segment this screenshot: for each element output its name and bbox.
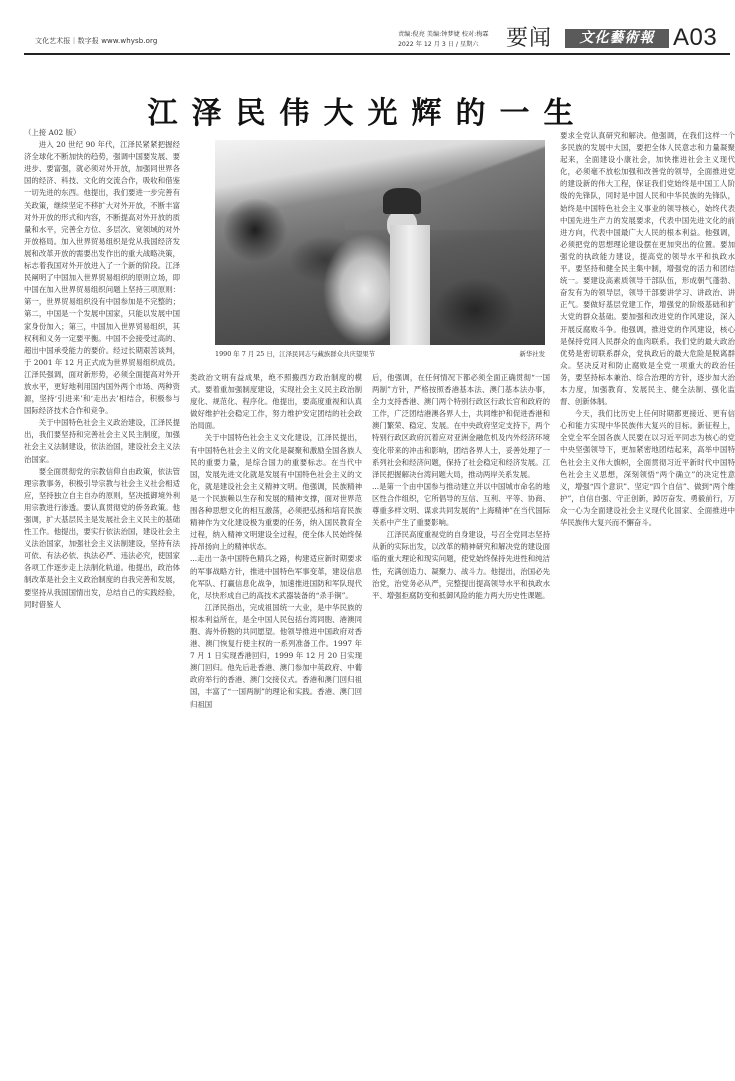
issue-date: 2022 年 12 月 3 日 / 星期六 [398, 40, 489, 50]
publication-name: 文化艺术报｜数字报 www.whysb.org [35, 36, 157, 46]
column-paragraph: 后，他强调，在任何情况下都必须全面正确贯彻“一国两制”方针，严格按照香港基本法、… [372, 372, 550, 481]
column-paragraph: 要全面贯彻党的宗教信仰自由政策，依法管理宗教事务，积极引导宗教与社会主义社会相适… [24, 466, 180, 611]
photo-caption: 1990 年 7 月 25 日，江泽民同志与藏族群众共庆望果节 [215, 349, 375, 358]
photo-subject-hat [383, 188, 421, 214]
column-paragraph: 江泽民指出，完成祖国统一大业，是中华民族的根本利益所在，是全中国人民包括台湾同胞… [190, 602, 362, 711]
article-column-1: （上接 A02 版） 进入 20 世纪 90 年代，江泽民紧紧把握经济全球化不断… [24, 127, 180, 1072]
article-column-4: 要求全党认真研究和解决。他强调，在我们这样一个多民族的发展中大国，要把全体人民意… [560, 130, 735, 1072]
column-paragraph: 关于中国特色社会主义文化建设，江泽民提出，有中国特色社会主义的文化是凝聚和激励全… [190, 432, 362, 553]
column-paragraph: 要求全党认真研究和解决。他强调，在我们这样一个多民族的发展中大国，要把全体人民意… [560, 130, 735, 408]
article-photo [215, 140, 545, 345]
page-number: A03 [673, 25, 717, 51]
column-paragraph: 江泽民高度重视党的自身建设，号召全党同志坚持从新的实际出发，以改革的精神研究和解… [372, 529, 550, 602]
article-column-3: 后，他强调，在任何情况下都必须全面正确贯彻“一国两制”方针，严格按照香港基本法、… [372, 372, 550, 1072]
header-divider [24, 53, 730, 55]
continued-from-note: （上接 A02 版） [24, 127, 180, 139]
column-paragraph: ...是第一个由中国参与推动建立并以中国城市命名的地区性合作组织，它所倡导的互信… [372, 481, 550, 529]
column-paragraph: 关于中国特色社会主义政治建设，江泽民提出，我们要坚持和完善社会主义民主制度，加强… [24, 417, 180, 465]
column-paragraph: 今天，我们比历史上任何时期都更接近、更有信心和能力实现中华民族伟大复兴的目标。新… [560, 408, 735, 529]
photo-credit: 新华社发 [519, 349, 545, 358]
editor-credits: 责编:倪亮 美编:钟梦婕 校对:梅霖 [398, 30, 489, 40]
column-paragraph: 进入 20 世纪 90 年代，江泽民紧紧把握经济全球化不断加快的趋势，强调中国要… [24, 139, 180, 417]
column-paragraph: ...走出一条中国特色精兵之路，构建适应新时期要求的军事战略方针，推进中国特色军… [190, 553, 362, 601]
column-paragraph: 类政治文明有益成果，绝不照搬西方政治制度的模式。要着重加强制度建设，实现社会主义… [190, 372, 362, 432]
photo-mountain-backdrop [345, 140, 545, 230]
newspaper-logo: 文化藝術報 [565, 29, 669, 48]
article-column-2: 类政治文明有益成果，绝不照搬西方政治制度的模式。要着重加强制度建设，实现社会主义… [190, 372, 362, 1072]
photo-caption-row: 1990 年 7 月 25 日，江泽民同志与藏族群众共庆望果节 新华社发 [215, 349, 545, 358]
article-headline: 江泽民伟大光辉的一生 [0, 88, 735, 132]
photo-khata-scarf [390, 225, 430, 345]
section-title: 要闻 [506, 26, 552, 52]
editorial-credits: 责编:倪亮 美编:钟梦婕 校对:梅霖 2022 年 12 月 3 日 / 星期六 [398, 30, 489, 50]
